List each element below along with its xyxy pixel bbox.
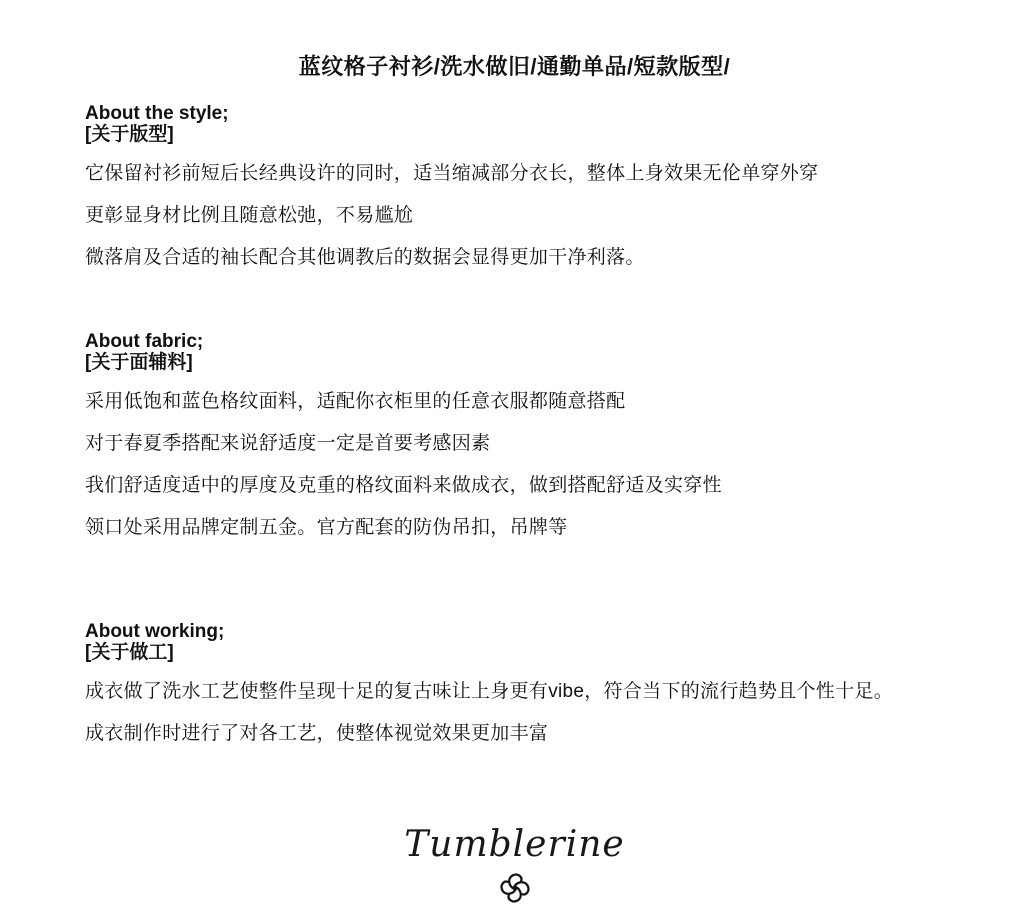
paragraph: 成衣做了洗水工艺使整件呈现十足的复古味让上身更有vibe，符合当下的流行趋势且个… [85, 679, 944, 705]
section-fabric-heading-zh: [关于面辅料] [85, 352, 944, 373]
section-style-paragraphs: 它保留衬衫前短后长经典设许的同时，适当缩减部分衣长，整体上身效果无伦单穿外穿 更… [85, 161, 944, 271]
paragraph: 更彰显身材比例且随意松弛，不易尴尬 [85, 203, 944, 229]
product-description-page: 蓝纹格子衬衫/洗水做旧/通勤单品/短款版型/ About the style; … [0, 0, 1024, 921]
section-style-heading-en: About the style; [85, 103, 944, 124]
section-working-heading-en: About working; [85, 621, 944, 642]
section-working-heading: About working; [关于做工] [85, 621, 944, 663]
paragraph: 采用低饱和蓝色格纹面料，适配你衣柜里的任意衣服都随意搭配 [85, 389, 944, 415]
section-fabric-heading-en: About fabric; [85, 331, 944, 352]
section-working: About working; [关于做工] 成衣做了洗水工艺使整件呈现十足的复古… [85, 621, 944, 747]
paragraph: 对于春夏季搭配来说舒适度一定是首要考感因素 [85, 431, 944, 457]
paragraph: 成衣制作时进行了对各工艺，使整体视觉效果更加丰富 [85, 721, 944, 747]
section-style-heading-zh: [关于版型] [85, 124, 944, 145]
paragraph: 微落肩及合适的袖长配合其他调教后的数据会显得更加干净利落。 [85, 245, 944, 271]
section-style: About the style; [关于版型] 它保留衬衫前短后长经典设许的同时… [85, 103, 944, 271]
paragraph: 领口处采用品牌定制五金。官方配套的防伪吊扣，吊牌等 [85, 515, 944, 541]
pinwheel-knot-icon [85, 869, 944, 912]
brand-footer: Tumblerine [85, 823, 944, 912]
section-fabric-paragraphs: 采用低饱和蓝色格纹面料，适配你衣柜里的任意衣服都随意搭配 对于春夏季搭配来说舒适… [85, 389, 944, 541]
paragraph: 它保留衬衫前短后长经典设许的同时，适当缩减部分衣长，整体上身效果无伦单穿外穿 [85, 161, 944, 187]
page-title: 蓝纹格子衬衫/洗水做旧/通勤单品/短款版型/ [85, 50, 944, 81]
section-style-heading: About the style; [关于版型] [85, 103, 944, 145]
section-fabric-heading: About fabric; [关于面辅料] [85, 331, 944, 373]
brand-logo-text: Tumblerine [85, 823, 944, 867]
section-working-heading-zh: [关于做工] [85, 642, 944, 663]
section-working-paragraphs: 成衣做了洗水工艺使整件呈现十足的复古味让上身更有vibe，符合当下的流行趋势且个… [85, 679, 944, 747]
paragraph: 我们舒适度适中的厚度及克重的格纹面料来做成衣，做到搭配舒适及实穿性 [85, 473, 944, 499]
section-fabric: About fabric; [关于面辅料] 采用低饱和蓝色格纹面料，适配你衣柜里… [85, 331, 944, 541]
